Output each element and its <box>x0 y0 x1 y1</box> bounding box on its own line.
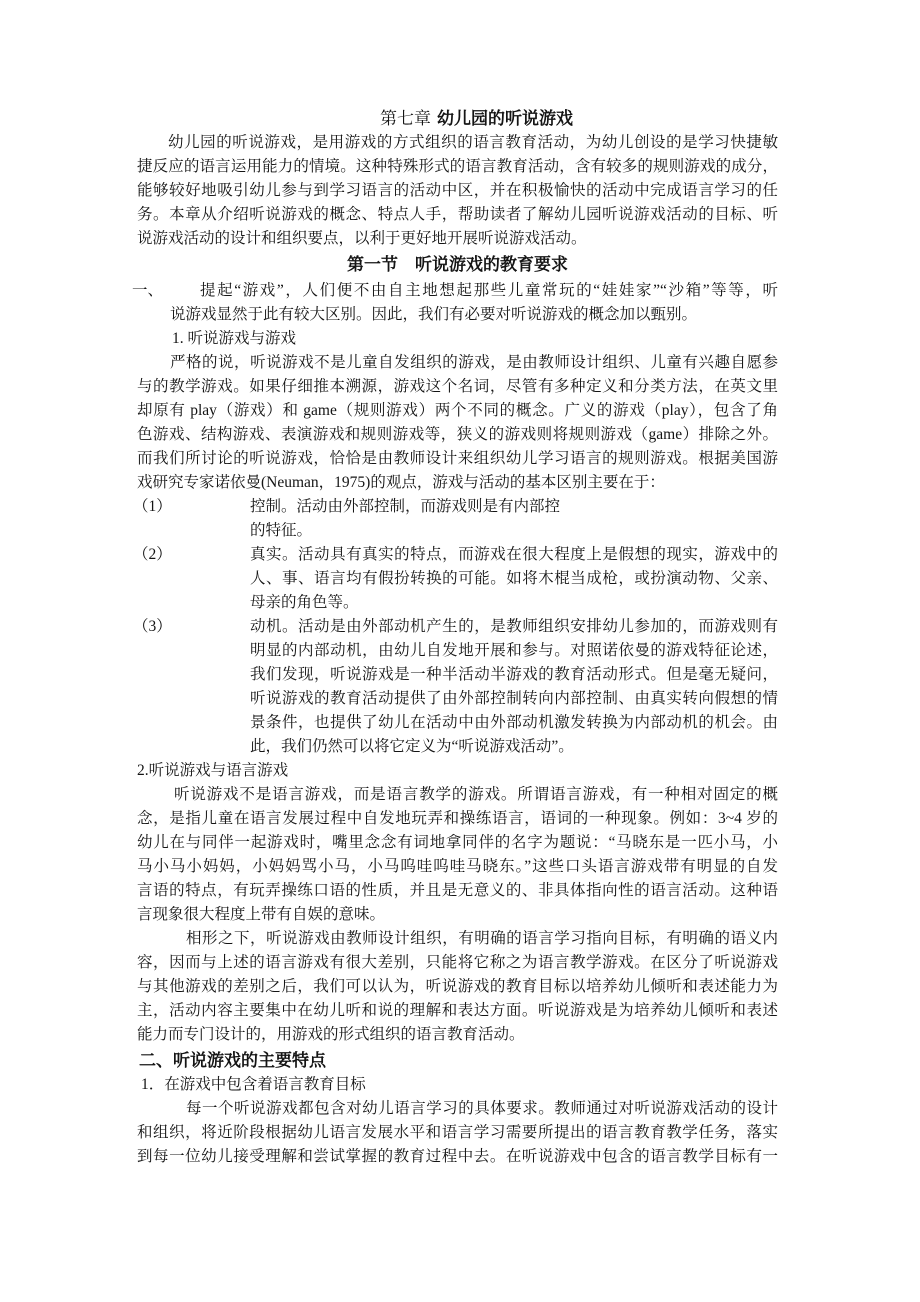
intro-paragraph: 幼儿园的听说游戏，是用游戏的方式组织的语言教育活动，为幼儿创设的是学习快捷敏 捷… <box>137 131 778 251</box>
text-line: 容，因而与上述的语言游戏有很大差别，只能将它称之为语言教学游戏。在区分了听说游戏 <box>137 951 778 975</box>
text-line: 听说游戏不是语言游戏，而是语言教学的游戏。所谓语言游戏，有一种相对固定的概 <box>137 783 778 807</box>
text-line: 人、事、语言均有假扮转换的可能。如将木棍当成枪，或扮演动物、父亲、 <box>250 567 778 591</box>
text-line: 幼儿园的听说游戏，是用游戏的方式组织的语言教育活动，为幼儿创设的是学习快捷敏 <box>137 131 778 155</box>
text-line: 到每一位幼儿接受理解和尝试掌握的教育过程中去。在听说游戏中包含的语言教学目标有一 <box>137 1145 778 1169</box>
list-item-yi: 一、 提起“游戏”，人们便不由自主地想起那些儿童常玩的“娃娃家”“沙箱”等等，听… <box>137 279 778 327</box>
text-line: 的特征。 <box>250 519 778 543</box>
text-line: 严格的说，听说游戏不是儿童自发组织的游戏，是由教师设计组织、儿童有兴趣自愿参 <box>137 351 778 375</box>
subheading-1-2: 2.听说游戏与语言游戏 <box>137 759 778 783</box>
text-line: 与的教学游戏。如果仔细推本溯源，游戏这个名词，尽管有多种定义和分类方法，在英文里 <box>137 375 778 399</box>
numbered-item-3: （3） 动机。活动是由外部动机产生的，是教师组织安排幼儿参加的，而游戏则有 明显… <box>137 615 778 759</box>
text-line: 色游戏、结构游戏、表演游戏和规则游戏等，狭义的游戏则将规则游戏（game）排除之… <box>137 423 778 447</box>
text-line: 念，是指儿童在语言发展过程中自发地玩弄和操练语言，语词的一种现象。例如：3~4 … <box>137 807 778 831</box>
subheading-2-1: 1．在游戏中包含着语言教育目标 <box>141 1073 778 1097</box>
paragraph-games-definition: 严格的说，听说游戏不是儿童自发组织的游戏，是由教师设计组织、儿童有兴趣自愿参 与… <box>137 351 778 495</box>
text-line: 景条件，也提供了幼儿在活动中由外部动机激发转换为内部动机的机会。由 <box>250 711 778 735</box>
text-line: 明显的内部动机，由幼儿自发地开展和参与。对照诺依曼的游戏特征论述， <box>250 639 778 663</box>
text-line: 马小马小妈妈，小妈妈骂小马，小马呜哇呜哇马晓东。”这些口头语言游戏带有明显的自发 <box>137 855 778 879</box>
text-line: 说游戏显然于此有较大区别。因此，我们有必要对听说游戏的概念加以甄别。 <box>170 303 778 327</box>
text-line: 能力而专门设计的，用游戏的形式组织的语言教育活动。 <box>137 1023 778 1047</box>
list-marker-yi: 一、 <box>132 279 163 303</box>
document-page: 第七章幼儿园的听说游戏 幼儿园的听说游戏，是用游戏的方式组织的语言教育活动，为幼… <box>0 0 920 1302</box>
text-line: 真实。活动具有真实的特点，而游戏在很大程度上是假想的现实，游戏中的 <box>250 543 778 567</box>
text-line: 主，活动内容主要集中在幼儿听和说的理解和表达方面。听说游戏是为培养幼儿倾听和表述 <box>137 999 778 1023</box>
text-line: 母亲的角色等。 <box>250 591 778 615</box>
paragraph-comparison: 相形之下，听说游戏由教师设计组织，有明确的语言学习指向目标，有明确的语义内 容，… <box>137 927 778 1047</box>
text-line: 幼儿在与同伴一起游戏时，嘴里念念有词地拿同伴的名字为题说：“马晓东是一匹小马，小 <box>137 831 778 855</box>
list-marker-1: （1） <box>133 495 172 519</box>
text-line: 而我们所讨论的听说游戏，恰恰是由教师设计来组织幼儿学习语言的规则游戏。根据美国游 <box>137 447 778 471</box>
list-marker-2: （2） <box>133 543 172 567</box>
subheading-1-1: 1. 听说游戏与游戏 <box>172 327 778 351</box>
text-line: 控制。活动由外部控制，而游戏则是有内部控 <box>250 495 778 519</box>
text-line: 听说游戏的教育活动提供了由外部控制转向内部控制、由真实转向假想的情 <box>250 687 778 711</box>
chapter-title: 幼儿园的听说游戏 <box>437 109 573 128</box>
text-line: 言语的特点，有玩弄操练口语的性质，并且是无意义的、非具体指向性的语言活动。这种语 <box>137 879 778 903</box>
section-2-heading: 二、听说游戏的主要特点 <box>139 1049 778 1073</box>
text-line: 动机。活动是由外部动机产生的，是教师组织安排幼儿参加的，而游戏则有 <box>250 615 778 639</box>
text-line: 捷反应的语言运用能力的情境。这种特殊形式的语言教育活动，含有较多的规则游戏的成分… <box>137 155 778 179</box>
section-1-heading: 第一节 听说游戏的教育要求 <box>137 253 778 277</box>
text-line: 相形之下，听说游戏由教师设计组织，有明确的语言学习指向目标，有明确的语义内 <box>137 927 778 951</box>
paragraph-goals: 每一个听说游戏都包含对幼儿语言学习的具体要求。教师通过对听说游戏活动的设计 和组… <box>137 1097 778 1169</box>
list-marker-3: （3） <box>133 615 172 639</box>
text-line: 我们发现，听说游戏是一种半活动半游戏的教育活动形式。但是毫无疑问， <box>250 663 778 687</box>
text-line: 此，我们仍然可以将它定义为“听说游戏活动”。 <box>250 735 778 759</box>
text-line: 务。本章从介绍听说游戏的概念、特点人手，帮助读者了解幼儿园听说游戏活动的目标、听 <box>137 203 778 227</box>
text-line: 说游戏活动的设计和组织要点，以利于更好地开展听说游戏活动。 <box>137 227 778 251</box>
numbered-item-2: （2） 真实。活动具有真实的特点，而游戏在很大程度上是假想的现实，游戏中的 人、… <box>137 543 778 615</box>
text-line: 却原有 play（游戏）和 game（规则游戏）两个不同的概念。广义的游戏（pl… <box>137 399 778 423</box>
chapter-number: 第七章 <box>380 109 431 128</box>
chapter-heading: 第七章幼儿园的听说游戏 <box>137 107 778 131</box>
text-line: 言现象很大程度上带有自娱的意味。 <box>137 903 778 927</box>
paragraph-language-games: 听说游戏不是语言游戏，而是语言教学的游戏。所谓语言游戏，有一种相对固定的概 念，… <box>137 783 778 927</box>
text-line: 和组织，将近阶段根据幼儿语言发展水平和语言学习需要所提出的语言教育教学任务，落实 <box>137 1121 778 1145</box>
text-line: 戏研究专家诺依曼(Neuman，1975)的观点，游戏与活动的基本区别主要在于： <box>137 471 778 495</box>
document-content: 第七章幼儿园的听说游戏 幼儿园的听说游戏，是用游戏的方式组织的语言教育活动，为幼… <box>137 107 778 1169</box>
numbered-item-1: （1） 控制。活动由外部控制，而游戏则是有内部控 的特征。 <box>137 495 778 543</box>
text-line: 能够较好地吸引幼儿参与到学习语言的活动中区，并在积极愉快的活动中完成语言学习的任 <box>137 179 778 203</box>
text-line: 与其他游戏的差别之后，我们可以认为，听说游戏的教育目标以培养幼儿倾听和表述能力为 <box>137 975 778 999</box>
text-line: 每一个听说游戏都包含对幼儿语言学习的具体要求。教师通过对听说游戏活动的设计 <box>137 1097 778 1121</box>
text-line: 提起“游戏”，人们便不由自主地想起那些儿童常玩的“娃娃家”“沙箱”等等，听 <box>170 279 778 303</box>
